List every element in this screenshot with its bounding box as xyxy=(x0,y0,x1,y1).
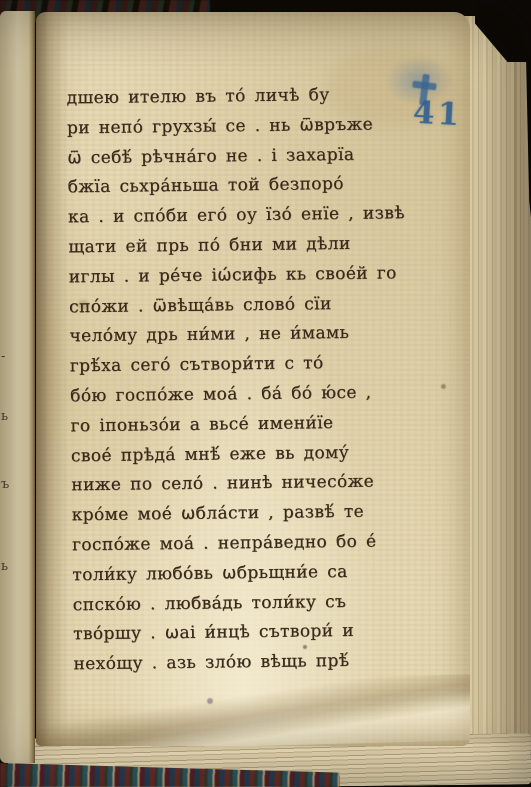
manuscript-line: го іпоньзо́и а вьсе́ имени́їе xyxy=(70,407,442,441)
verso-ink-fragment: ь xyxy=(1,409,8,424)
manuscript-line: нехо́щу . азь зло́ю вѣщь прѣ́ xyxy=(73,646,445,680)
manuscript-line: тво́ршу . ѡаі и́нцѣ сътвори́ и xyxy=(73,616,445,650)
verso-ink-fragment: ъ xyxy=(1,477,9,492)
handwritten-text-block: дшею ителю въ то́ личѣ бу ри непо́ грухз… xyxy=(66,80,445,680)
manuscript-line: бжїа сьхра́ньша той безпоро́ xyxy=(67,169,439,203)
manuscript-line: кро́ме мое́ ѡбла́сти , развѣ́ те xyxy=(71,497,443,531)
manuscript-line: свое́ прѣда́ мнѣ́ еже вь дому́ xyxy=(71,437,443,471)
manuscript-line: бо́ю госпо́же моа́ . ба́ бо́ ю́се , xyxy=(70,378,442,412)
manuscript-line: грѣ́ха сего́ сътвори́ти с то́ xyxy=(70,348,442,382)
manuscript-line: госпо́же моа́ . непра́ведно бо е́ xyxy=(72,527,444,561)
manuscript-line: толи́ку любо́вь ѡбрьщни́е са xyxy=(72,556,444,590)
manuscript-line: чело́му дрь ни́ми , не и́мамь xyxy=(69,318,441,352)
folio-number: 41 xyxy=(412,95,463,134)
manuscript-line: ѿ себѣ́ рѣчна́го не . і захарїа xyxy=(67,139,439,173)
verso-ink-fragment: ь xyxy=(1,559,8,574)
manuscript-line: спско́ю . любва́дь толи́ку съ xyxy=(73,586,445,620)
verso-ink-fragment: - xyxy=(1,349,5,364)
manuscript-line: ниже по село́ . нинѣ ничесо́же xyxy=(71,467,443,501)
manuscript-line: иглы . и ре́че іѡ́сифь кь свое́й го xyxy=(69,259,441,293)
facing-page-sliver: - ь ъ ь xyxy=(0,11,35,763)
manuscript-line: ка . и спо́би его́ оу їзо́ енїе , извѣ xyxy=(68,199,440,233)
manuscript-line: ри непо́ грухзы́ се . нь ѿвръже xyxy=(67,110,439,144)
manuscript-line: дшею ителю въ то́ личѣ бу xyxy=(66,80,438,114)
pen-squiggle-mark: –⟨ xyxy=(469,146,470,172)
page-bottom-curl-shadow xyxy=(36,674,470,746)
manuscript-line: спо́жи . ѿвѣща́вь слово́ сїи xyxy=(69,288,441,322)
manuscript-page: дшею ителю въ то́ личѣ бу ри непо́ грухз… xyxy=(36,12,470,746)
manuscript-line: щати ей прь по́ бни ми дѣли xyxy=(68,229,440,263)
book-photo: - ь ъ ь дшею ителю въ то́ личѣ бу ри неп… xyxy=(0,0,531,787)
